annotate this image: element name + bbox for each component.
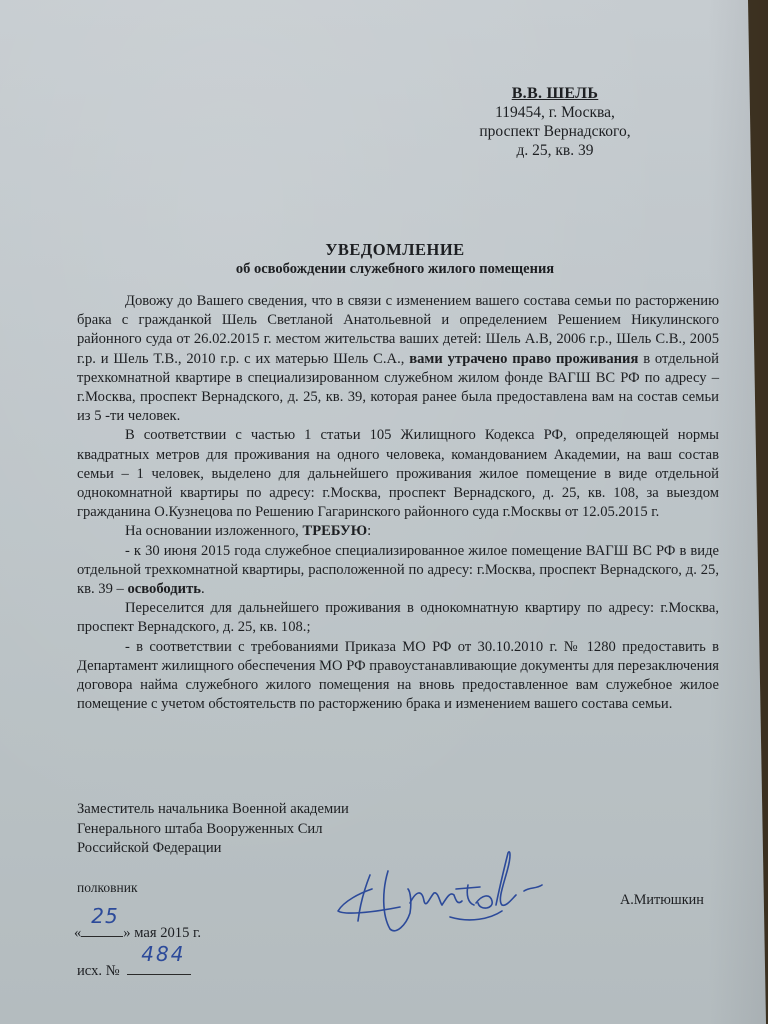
paragraph-text: . <box>201 581 205 597</box>
signer-position-line: Заместитель начальника Военной академии <box>77 800 349 820</box>
addressee-address-line: д. 25, кв. 39 <box>440 141 670 160</box>
signer-position-line: Российской Федерации <box>77 839 349 859</box>
handwritten-signature-icon <box>330 845 570 945</box>
emphasis-text: вами утрачено право проживания <box>409 351 638 367</box>
handwritten-reference-number: 484 <box>141 942 185 966</box>
paragraph-legal-basis: В соответствии с частью 1 статьи 105 Жил… <box>77 426 719 522</box>
signer-name: А.Митюшкин <box>620 892 704 909</box>
document-page: В.В. ШЕЛЬ 119454, г. Москва, проспект Ве… <box>0 0 768 1024</box>
document-title: УВЕДОМЛЕНИЕ <box>0 240 760 260</box>
reference-number-field: 484 <box>127 962 191 975</box>
date-month-year: » мая 2015 г. <box>123 925 201 941</box>
document-date: «25» мая 2015 г. <box>74 924 201 942</box>
emphasis-text: освободить <box>127 581 201 597</box>
document-heading: УВЕДОМЛЕНИЕ об освобождении служебного ж… <box>0 240 760 278</box>
paragraph-notice: Довожу до Вашего сведения, что в связи с… <box>77 292 719 426</box>
paragraph-documents: - в соответствии с требованиями Приказа … <box>77 638 719 715</box>
addressee-block: В.В. ШЕЛЬ 119454, г. Москва, проспект Ве… <box>440 84 670 160</box>
paragraph-text: На основании изложенного, <box>125 523 302 539</box>
photo-background: В.В. ШЕЛЬ 119454, г. Москва, проспект Ве… <box>0 0 768 1024</box>
signer-position: Заместитель начальника Военной академии … <box>77 800 349 859</box>
addressee-name: В.В. ШЕЛЬ <box>440 84 670 103</box>
document-subtitle: об освобождении служебного жилого помеще… <box>0 260 760 278</box>
addressee-address-line: 119454, г. Москва, <box>440 103 670 122</box>
date-day-field: 25 <box>81 924 123 937</box>
signer-rank: полковник <box>77 880 138 896</box>
signer-position-line: Генерального штаба Вооруженных Сил <box>77 820 349 840</box>
outgoing-reference: исх. № 484 <box>77 962 191 980</box>
quote-open: « <box>74 925 81 941</box>
paragraph-demand-intro: На основании изложенного, ТРЕБУЮ: <box>77 522 719 541</box>
reference-label: исх. № <box>77 963 120 979</box>
handwritten-day: 25 <box>91 904 118 928</box>
document-body: Довожу до Вашего сведения, что в связи с… <box>77 292 719 714</box>
paragraph-relocate: Переселится для дальнейшего проживания в… <box>77 599 719 637</box>
paragraph-text: : <box>367 523 371 539</box>
addressee-address-line: проспект Вернадского, <box>440 122 670 141</box>
paragraph-demand-vacate: - к 30 июня 2015 года служебное специали… <box>77 542 719 600</box>
emphasis-text: ТРЕБУЮ <box>302 523 367 539</box>
